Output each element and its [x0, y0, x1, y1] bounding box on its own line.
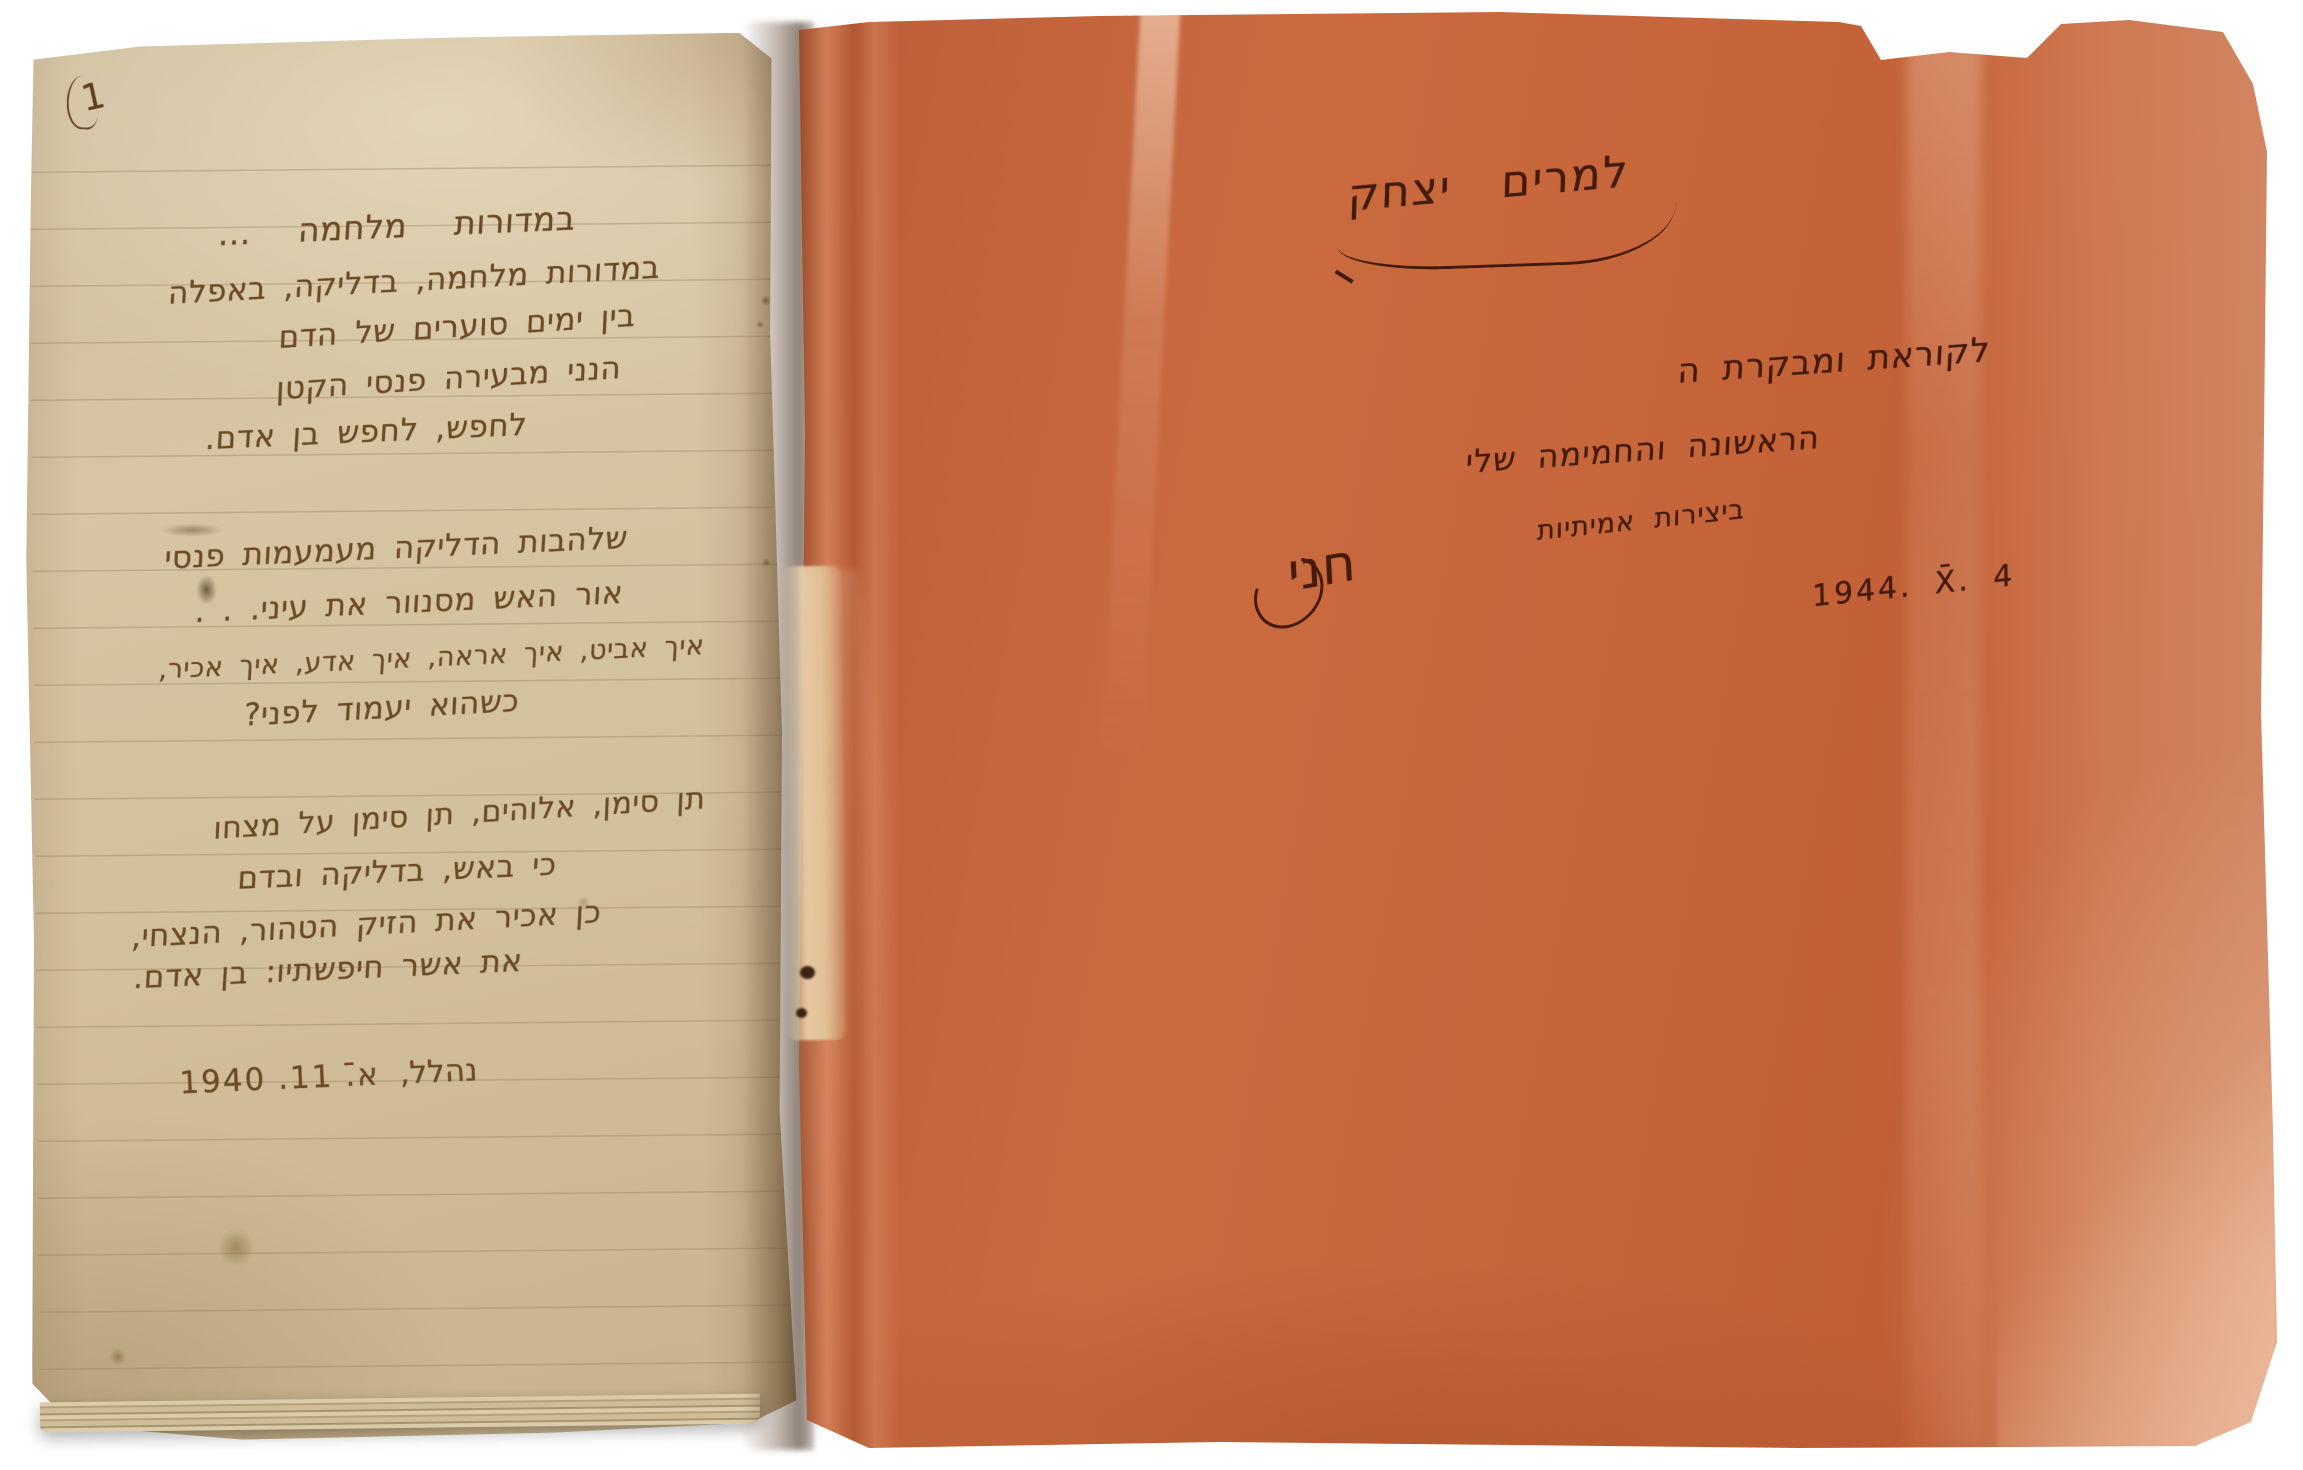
dedication-line: ביצירות אמיתיות [1537, 494, 1745, 547]
left-page: 1 במדורות מלחמה ... במדורות מלחמה, בדליק… [19, 32, 796, 1441]
scuff-streak [1101, 0, 1181, 761]
dedication-line: לקוראת ומבקרת ה [1676, 330, 1991, 392]
dedication-line: הראשונה והחמימה שלי [1465, 418, 1821, 481]
signature: חני [1286, 532, 1358, 604]
scuff-streak [1907, 12, 1981, 1448]
corner-wear [1997, 1018, 2277, 1448]
binding-hole [800, 966, 815, 979]
poem-place: נהלל, [399, 1052, 478, 1091]
cover-date: 1944. X̄. 4 [1812, 558, 2016, 614]
title-underline [1336, 202, 1678, 273]
cover-page: למרים יצחק לקוראת ומבקרת ה הראשונה והחמי… [799, 12, 2277, 1448]
notebook-scan: 1 במדורות מלחמה ... במדורות מלחמה, בדליק… [0, 0, 2303, 1470]
binding-hole [796, 1008, 807, 1018]
